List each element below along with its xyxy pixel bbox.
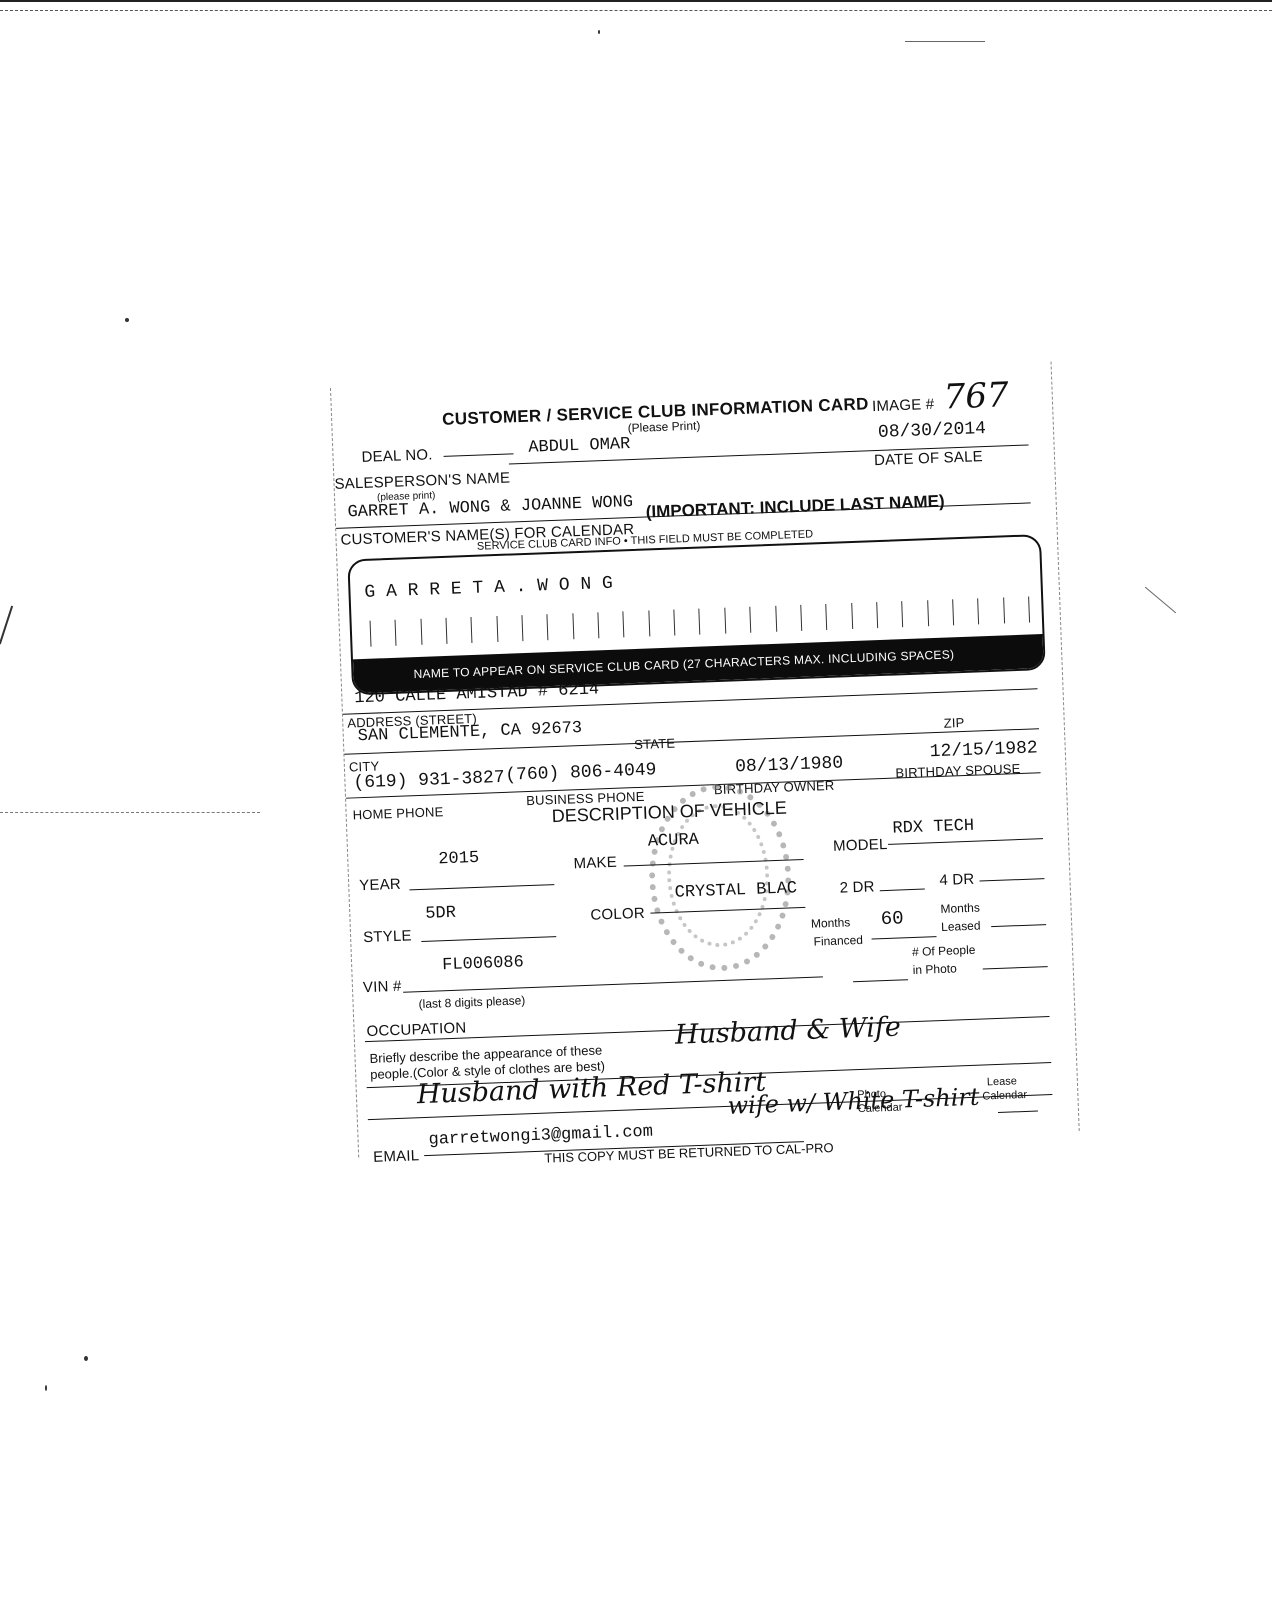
business-phone-value: (760) 806-4049 — [505, 760, 657, 786]
scan-speck — [598, 30, 600, 34]
model-label: MODEL — [833, 836, 888, 855]
style-label: STYLE — [363, 927, 412, 946]
salesperson-value: ABDUL OMAR — [528, 435, 631, 458]
months-leased-line — [991, 924, 1046, 927]
people-in-photo-label-1: # Of People — [912, 943, 976, 959]
describe-handwriting-1: Husband & Wife — [674, 1012, 901, 1051]
home-phone-label: HOME PHONE — [352, 804, 443, 822]
vin-label: VIN # — [363, 978, 402, 996]
lease-calendar-label-1: Lease — [987, 1075, 1017, 1088]
color-label: COLOR — [590, 905, 645, 924]
email-label: EMAIL — [373, 1147, 420, 1166]
card-name-value: G A R R E T A . W O N G — [364, 574, 613, 603]
model-line — [888, 838, 1043, 845]
model-value: RDX TECH — [892, 817, 974, 839]
birthday-spouse-value: 12/15/1982 — [929, 738, 1038, 762]
customer-info-card: CUSTOMER / SERVICE CLUB INFORMATION CARD… — [330, 362, 1080, 1158]
months-financed-label-1: Months — [811, 915, 851, 930]
vin-value: FL006086 — [442, 953, 524, 975]
card-subtitle: (Please Print) — [627, 418, 700, 435]
scan-artifact-mark — [1145, 587, 1176, 613]
scan-speck — [84, 1356, 88, 1361]
scan-speck — [45, 1385, 47, 1391]
date-of-sale-label: DATE OF SALE — [874, 448, 983, 469]
image-number-value: 767 — [943, 375, 1009, 417]
deal-no-label: DEAL NO. — [361, 446, 433, 466]
make-value: ACURA — [648, 831, 700, 852]
vin-line — [403, 976, 823, 992]
salesperson-label: SALESPERSON'S NAME — [334, 469, 510, 492]
birthday-spouse-label: BIRTHDAY SPOUSE — [895, 761, 1021, 781]
important-note: (IMPORTANT: INCLUDE LAST NAME) — [645, 492, 945, 523]
people-in-photo-line — [983, 966, 1048, 969]
months-financed-line — [872, 936, 937, 939]
scan-artifact-dash — [0, 812, 260, 813]
scan-speck — [905, 41, 985, 42]
make-label: MAKE — [573, 854, 617, 873]
vin-note: (last 8 digits please) — [418, 993, 525, 1011]
deal-no-line — [444, 453, 514, 457]
year-label: YEAR — [359, 876, 401, 895]
four-door-line — [979, 878, 1044, 881]
birthday-owner-value: 08/13/1980 — [735, 753, 844, 777]
months-financed-value: 60 — [880, 907, 904, 930]
home-phone-value: (619) 931-3827 — [353, 768, 505, 794]
two-door-label: 2 DR — [839, 878, 875, 896]
service-club-name-box: G A R R E T A . W O N G NAME TO APPEAR O… — [347, 534, 1046, 695]
scan-edge-artifact — [0, 0, 1272, 11]
people-in-photo-label-2: in Photo — [912, 961, 957, 977]
style-line — [421, 936, 556, 942]
style-value: 5DR — [425, 904, 456, 924]
date-of-sale-value: 08/30/2014 — [878, 419, 987, 443]
people-in-photo-line-left — [853, 979, 908, 982]
two-door-line — [880, 889, 925, 892]
year-line — [409, 884, 554, 890]
months-leased-label-2: Leased — [941, 919, 981, 934]
state-label: STATE — [634, 736, 675, 752]
months-financed-label-2: Financed — [813, 933, 863, 949]
lease-calendar-label-2: Calendar — [982, 1089, 1027, 1103]
year-value: 2015 — [438, 849, 479, 869]
scan-artifact-mark — [0, 606, 13, 645]
image-number-label: IMAGE # — [872, 396, 935, 415]
zip-label: ZIP — [943, 715, 964, 731]
months-leased-label-1: Months — [940, 901, 980, 916]
four-door-label: 4 DR — [939, 871, 975, 889]
scan-speck — [125, 318, 129, 322]
calendar-line — [998, 1111, 1038, 1113]
email-value: garretwongi3@gmail.com — [428, 1123, 653, 1150]
